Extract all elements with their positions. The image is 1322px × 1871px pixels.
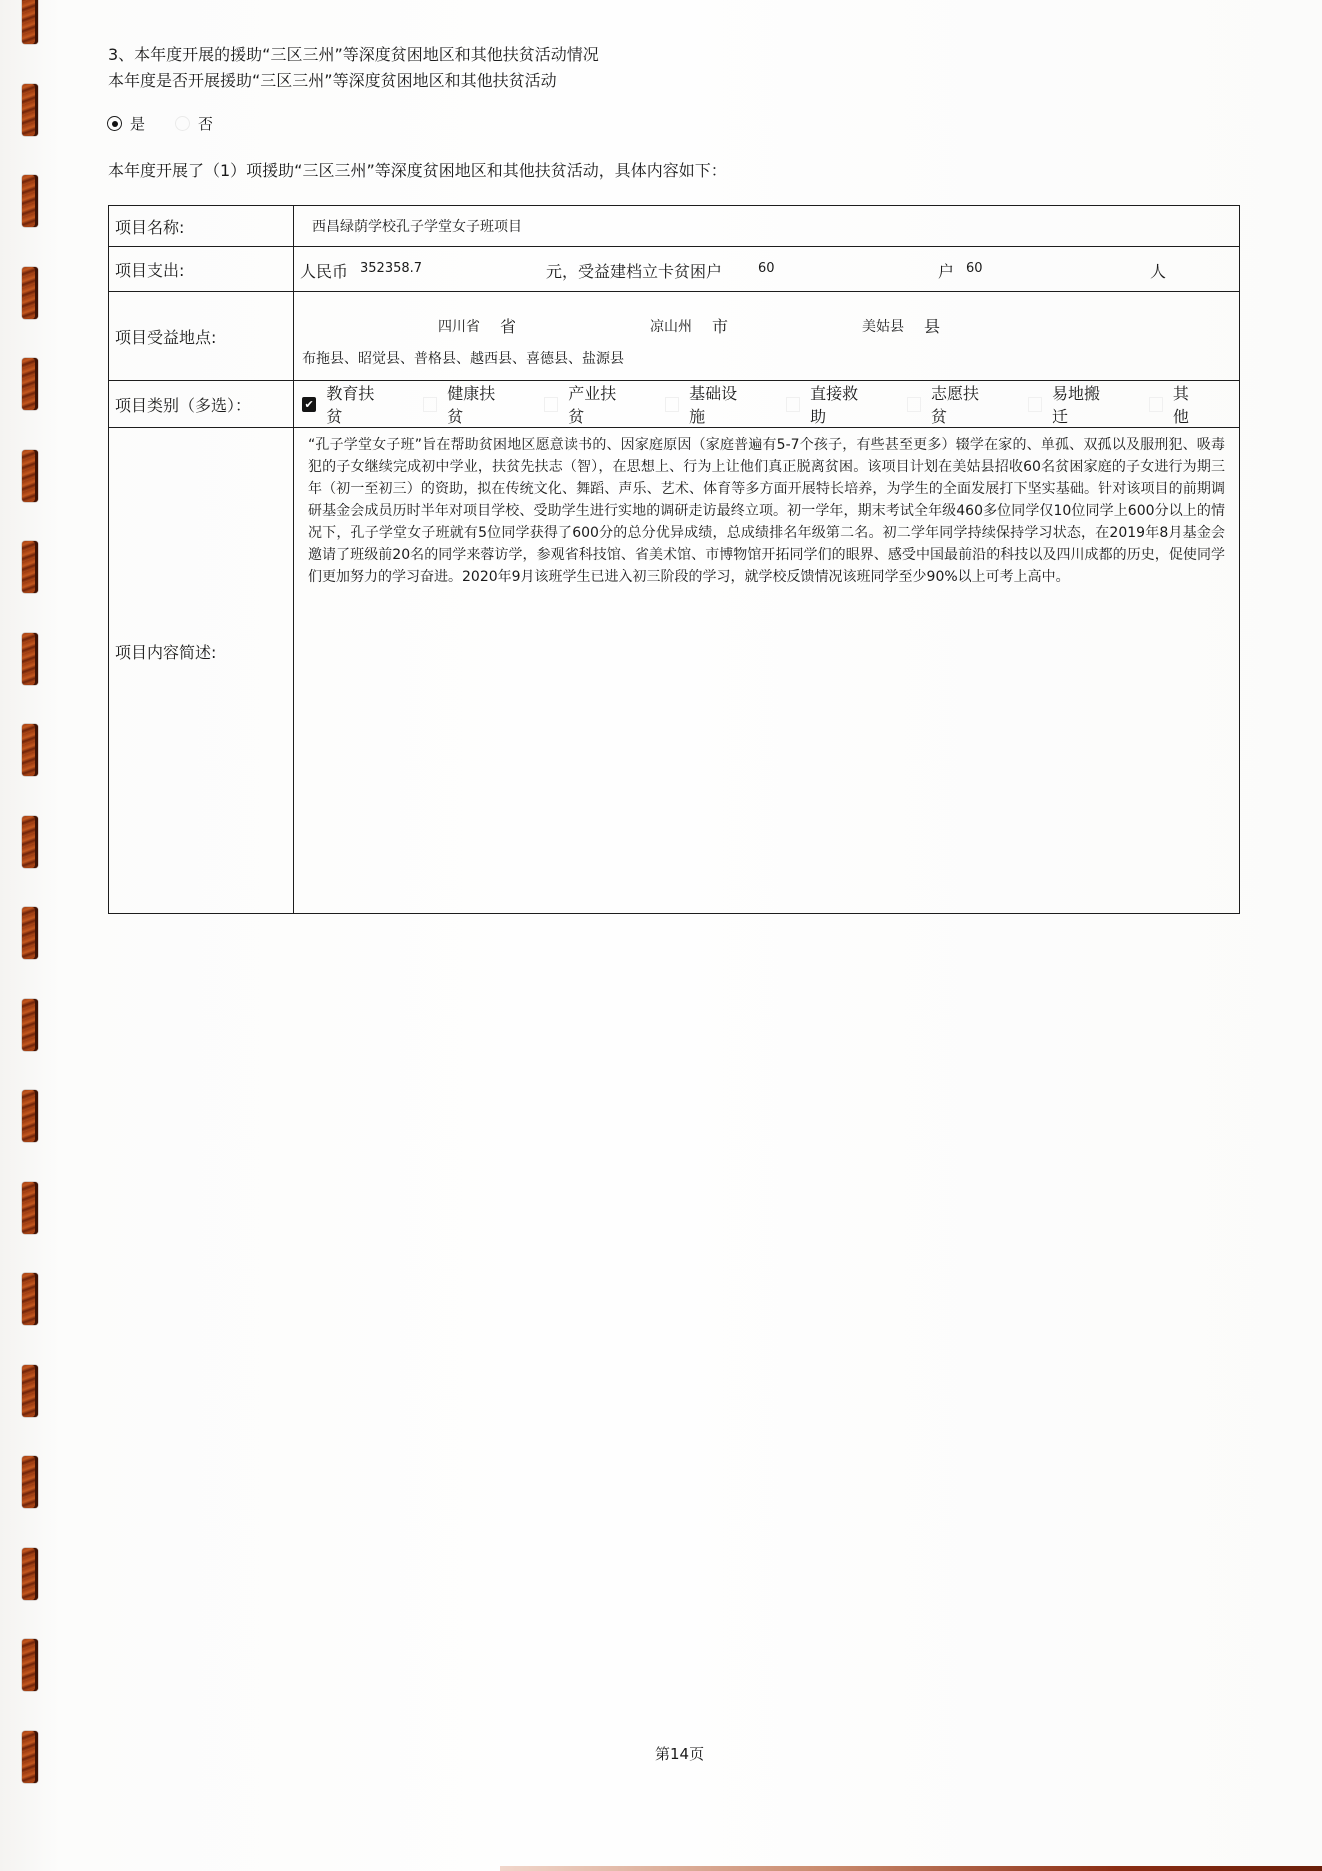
project-category-label: 项目类别（多选）： [109, 381, 294, 428]
households-value: 60 [758, 261, 775, 276]
binding-stitch [22, 450, 38, 502]
binding-stitch [22, 816, 38, 868]
binding-stitch [22, 724, 38, 776]
binding-stitch [22, 1548, 38, 1600]
binding-stitch [22, 1090, 38, 1142]
county-value: 美姑县 [862, 316, 904, 336]
checkbox-empty-icon[interactable] [544, 397, 558, 412]
binding-stitch [22, 358, 38, 410]
county-unit: 县 [924, 314, 940, 337]
binding-stitch [22, 1456, 38, 1508]
project-description-label-cell: 项目内容简述: [109, 428, 294, 914]
project-name-text: 西昌绿荫学校孔子学堂女子班项目 [302, 219, 522, 235]
other-counties: 布拖县、昭觉县、普格县、越西县、喜德县、盐源县 [302, 344, 1239, 368]
category-label: 教育扶贫 [326, 381, 387, 427]
project-description-value: “孔子学堂女子班”旨在帮助贫困地区愿意读书的、因家庭原因（家庭普遍有5-7个孩子… [294, 428, 1240, 914]
category-checkbox-5[interactable]: 直接救助 [786, 381, 871, 427]
yes-no-radio-group: 是 否 [107, 113, 213, 134]
binding-stitch [22, 541, 38, 593]
province-value: 四川省 [438, 316, 480, 336]
radio-no-label: 否 [198, 113, 213, 134]
checkbox-empty-icon[interactable] [786, 397, 800, 412]
category-checkbox-1[interactable]: ✔教育扶贫 [302, 381, 387, 427]
radio-no[interactable] [175, 116, 190, 131]
category-checkbox-2[interactable]: 健康扶贫 [423, 381, 508, 427]
project-name-label: 项目名称: [109, 206, 294, 247]
radio-yes[interactable] [107, 116, 122, 131]
category-label: 其他 [1173, 381, 1203, 427]
category-label: 志愿扶贫 [931, 381, 992, 427]
project-description-text: “孔子学堂女子班”旨在帮助贫困地区愿意读书的、因家庭原因（家庭普遍有5-7个孩子… [302, 428, 1239, 588]
checkbox-checked-icon[interactable]: ✔ [302, 397, 316, 412]
project-location-value: 四川省 省 凉山州 市 美姑县 县 布拖县、昭觉县、普格县、越西县、喜德县、盐源… [294, 292, 1240, 381]
binding-stitch [22, 1273, 38, 1325]
row-project-name: 项目名称: 西昌绿荫学校孔子学堂女子班项目 [109, 206, 1240, 247]
category-label: 直接救助 [810, 381, 871, 427]
category-label: 基础设施 [689, 381, 750, 427]
question-text: 本年度是否开展援助“三区三州”等深度贫困地区和其他扶贫活动 [108, 70, 557, 92]
checkbox-empty-icon[interactable] [907, 397, 921, 412]
checkbox-empty-icon[interactable] [665, 397, 679, 412]
row-project-description: 项目内容简述: “孔子学堂女子班”旨在帮助贫困地区愿意读书的、因家庭原因（家庭普… [109, 428, 1240, 914]
binding-stitch [22, 1182, 38, 1234]
binding-stitch [22, 0, 38, 44]
project-location-label: 项目受益地点: [109, 292, 294, 381]
project-description-label: 项目内容简述: [115, 640, 216, 663]
checkbox-empty-icon[interactable] [1028, 397, 1042, 412]
radio-selected-dot-icon [112, 121, 118, 127]
page-number: 第14页 [655, 1743, 704, 1765]
binding-edge [500, 1866, 1322, 1871]
checkbox-empty-icon[interactable] [1149, 397, 1163, 412]
category-checkbox-4[interactable]: 基础设施 [665, 381, 750, 427]
radio-yes-label: 是 [130, 113, 145, 134]
household-unit: 户 [938, 259, 954, 282]
binding-stitch [22, 999, 38, 1051]
city-unit: 市 [712, 314, 728, 337]
yuan-label: 元，受益建档立卡贫困户 [546, 259, 722, 282]
row-project-expense: 项目支出: 人民币 352358.7 元，受益建档立卡贫困户 60 户 60 人 [109, 247, 1240, 292]
currency-label: 人民币 [300, 259, 348, 282]
category-checkbox-8[interactable]: 其他 [1149, 381, 1203, 427]
people-unit: 人 [1150, 259, 1166, 282]
binding-stitch [22, 84, 38, 136]
category-checkbox-7[interactable]: 易地搬迁 [1028, 381, 1113, 427]
project-name-value: 西昌绿荫学校孔子学堂女子班项目 [294, 206, 1240, 247]
binding-stitch [22, 907, 38, 959]
project-expense-label: 项目支出: [109, 247, 294, 292]
amount-value: 352358.7 [360, 261, 422, 276]
category-checkbox-list: ✔教育扶贫健康扶贫产业扶贫基础设施直接救助志愿扶贫易地搬迁其他 [302, 381, 1239, 427]
binding-stitch [22, 1365, 38, 1417]
binding-stitch [22, 1731, 38, 1783]
category-label: 健康扶贫 [447, 381, 508, 427]
province-unit: 省 [500, 314, 516, 337]
row-project-category: 项目类别（多选）： ✔教育扶贫健康扶贫产业扶贫基础设施直接救助志愿扶贫易地搬迁其… [109, 381, 1240, 428]
checkbox-empty-icon[interactable] [423, 397, 437, 412]
row-project-location: 项目受益地点: 四川省 省 凉山州 市 美姑县 县 布拖县、昭觉县、普格县、越西… [109, 292, 1240, 381]
binding-stitch [22, 267, 38, 319]
city-value: 凉山州 [650, 316, 692, 336]
project-table: 项目名称: 西昌绿荫学校孔子学堂女子班项目 项目支出: 人民币 352358.7… [108, 205, 1240, 914]
section-heading: 3、本年度开展的援助“三区三州”等深度贫困地区和其他扶贫活动情况 [108, 44, 599, 66]
binding-stitch [22, 175, 38, 227]
summary-text: 本年度开展了（1）项援助“三区三州”等深度贫困地区和其他扶贫活动，具体内容如下： [108, 160, 727, 182]
project-expense-value: 人民币 352358.7 元，受益建档立卡贫困户 60 户 60 人 [294, 247, 1240, 292]
category-checkbox-6[interactable]: 志愿扶贫 [907, 381, 992, 427]
binding-stitch [22, 1639, 38, 1691]
people-value: 60 [966, 261, 983, 276]
project-category-value: ✔教育扶贫健康扶贫产业扶贫基础设施直接救助志愿扶贫易地搬迁其他 [294, 381, 1240, 428]
category-label: 易地搬迁 [1052, 381, 1113, 427]
binding-stitch [22, 633, 38, 685]
category-label: 产业扶贫 [568, 381, 629, 427]
category-checkbox-3[interactable]: 产业扶贫 [544, 381, 629, 427]
